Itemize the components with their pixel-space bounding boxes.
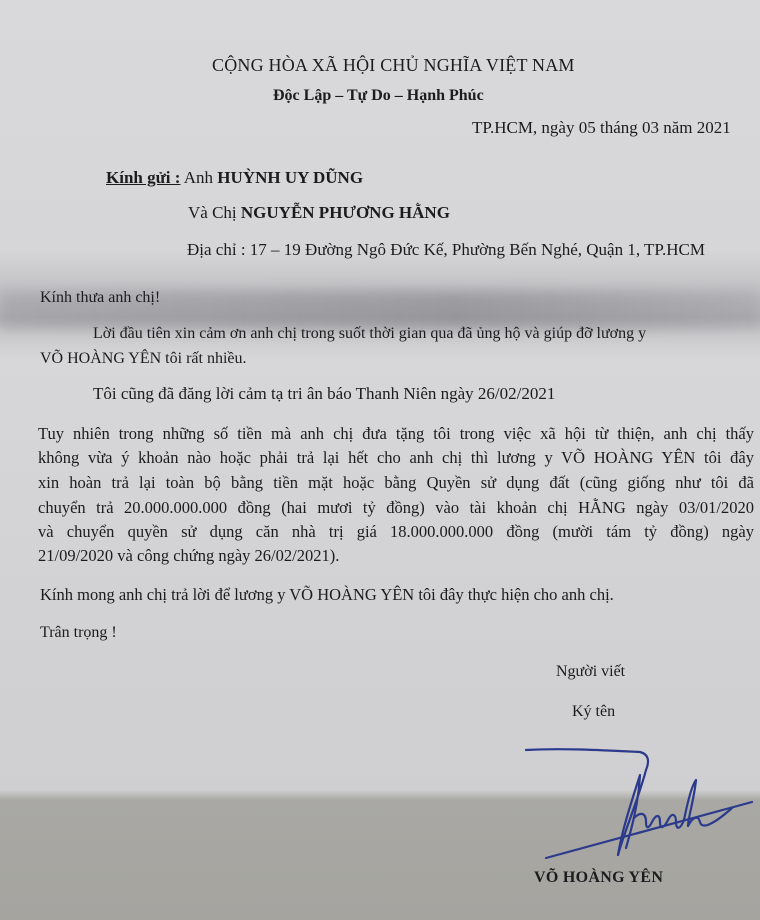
paragraph-3-line: 21/09/2020 và công chứng ngày 26/02/2021… xyxy=(38,546,754,566)
recipient-2-name: NGUYỄN PHƯƠNG HẰNG xyxy=(241,203,450,222)
recipient-1-name: HUỲNH UY DŨNG xyxy=(217,168,363,187)
recipient-line-2: Và Chị NGUYỄN PHƯƠNG HẰNG xyxy=(188,203,450,223)
recipient-2-prefix: Và Chị xyxy=(188,203,237,222)
national-title: CỘNG HÒA XÃ HỘI CHỦ NGHĨA VIỆT NAM xyxy=(212,55,575,76)
recipient-address: Địa chỉ : 17 – 19 Đường Ngô Đức Kế, Phườ… xyxy=(187,240,705,260)
signer-name: VÕ HOÀNG YÊN xyxy=(534,869,663,887)
writer-label: Người viết xyxy=(556,663,625,681)
recipient-label: Kính gửi : xyxy=(106,168,180,187)
paragraph-3-line: và chuyển quyền sử dụng căn nhà trị giá … xyxy=(38,522,754,542)
paragraph-1-line-2: VÕ HOÀNG YÊN tôi rất nhiều. xyxy=(40,350,246,368)
place-date: TP.HCM, ngày 05 tháng 03 năm 2021 xyxy=(472,118,731,138)
paragraph-3-line: chuyển trả 20.000.000.000 đồng (hai mươi… xyxy=(38,498,754,518)
sign-label: Ký tên xyxy=(572,703,615,721)
paragraph-3-line: Tuy nhiên trong những số tiền mà anh chị… xyxy=(38,424,754,444)
recipient-1-prefix: Anh xyxy=(184,168,213,187)
paragraph-2: Tôi cũng đã đăng lời cảm tạ tri ân báo T… xyxy=(93,384,555,404)
handwritten-signature xyxy=(500,730,760,870)
paragraph-3-line: xin hoàn trả lại toàn bộ bằng tiền mặt h… xyxy=(38,473,754,493)
greeting: Kính thưa anh chị! xyxy=(40,289,160,307)
recipient-line-1: Kính gửi : Anh HUỲNH UY DŨNG xyxy=(106,168,363,188)
national-motto: Độc Lập – Tự Do – Hạnh Phúc xyxy=(273,87,484,105)
paragraph-3-line: không vừa ý khoản nào hoặc phải trả lại … xyxy=(38,448,754,468)
paragraph-4: Kính mong anh chị trả lời để lương y VÕ … xyxy=(40,585,614,605)
closing: Trân trọng ! xyxy=(40,624,117,642)
paragraph-1-line-1: Lời đầu tiên xin cảm ơn anh chị trong su… xyxy=(93,325,646,343)
